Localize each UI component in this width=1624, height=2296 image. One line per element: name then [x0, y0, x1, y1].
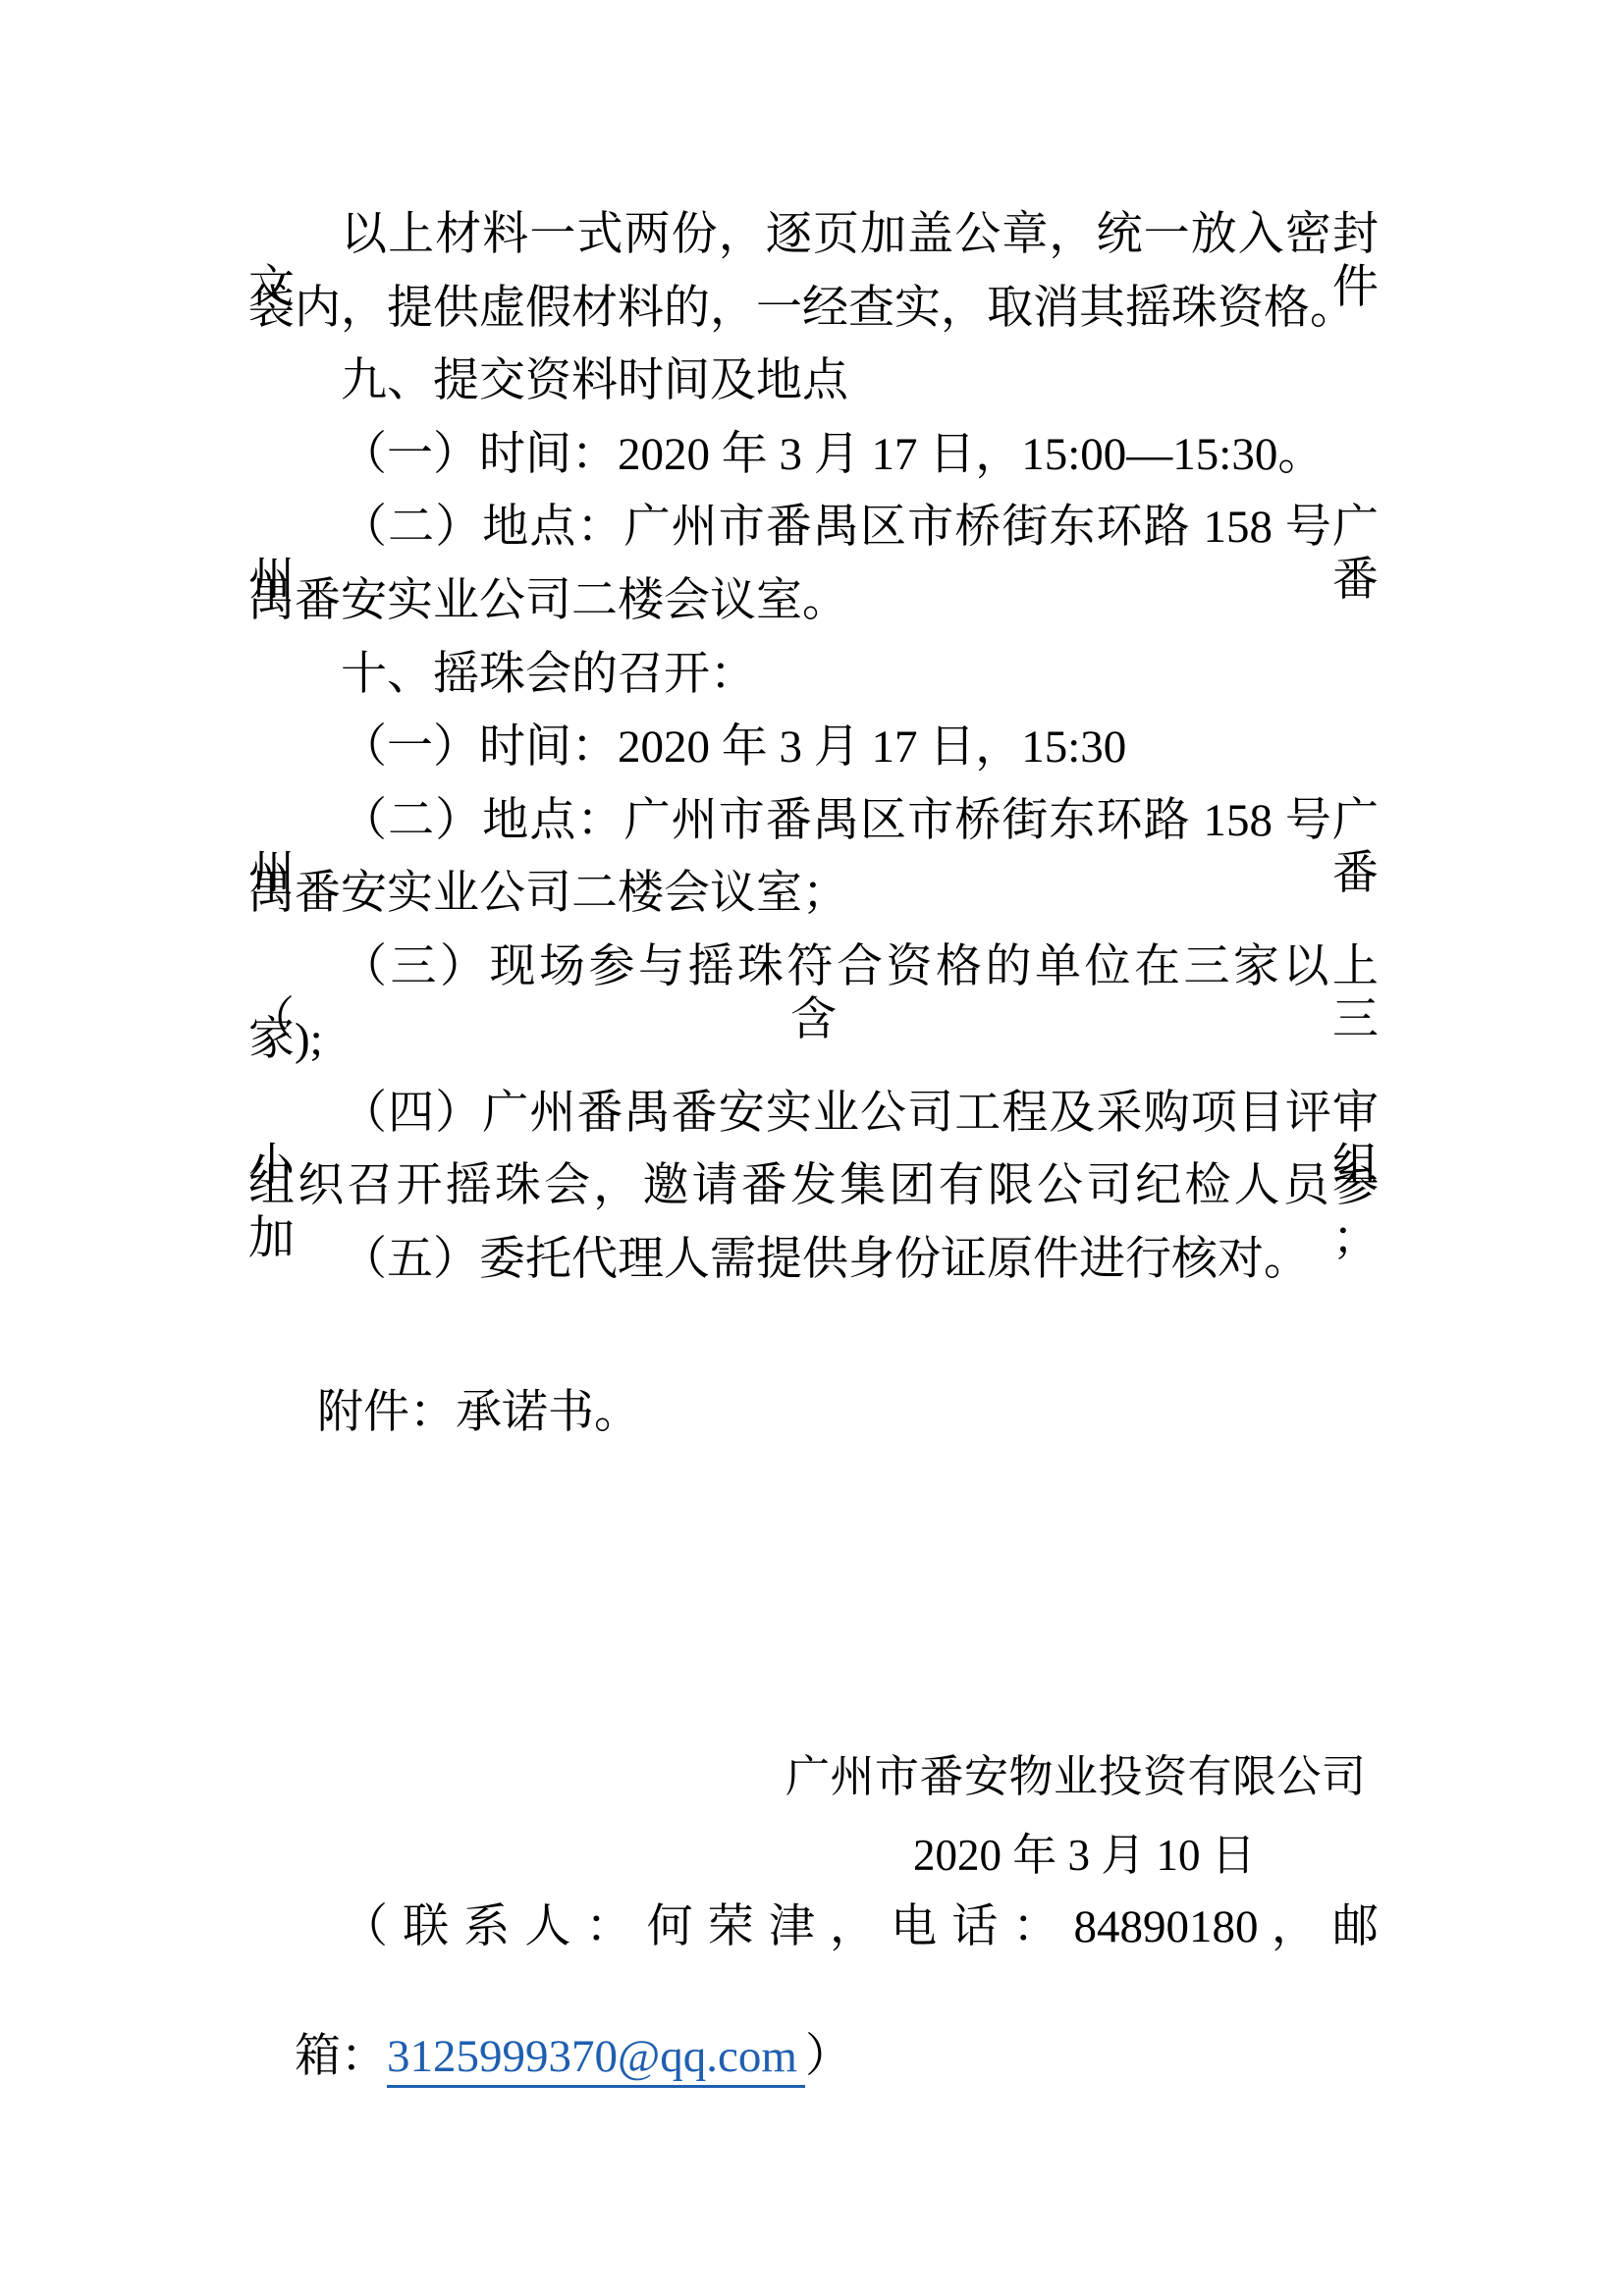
sec9-time-line: （一）时间：2020 年 3 月 17 日，15:00—15:30。 [248, 428, 1379, 485]
contact-email-label: 箱： [295, 2031, 387, 2082]
heading-section-9: 九、提交资料时间及地点 [248, 354, 1379, 411]
sec10-item4-line-2: 组织召开摇珠会，邀请番发集团有限公司纪检人员参加； [248, 1159, 1379, 1216]
sec10-item4-line-1: （四）广州番禺番安实业公司工程及采购项目评审小组 [248, 1087, 1379, 1144]
contact-line-1: （ 联 系 人 ： 何 荣 津 ， 电 话 ： 84890180 ， 邮 [248, 1900, 1379, 1953]
sec10-item3-line-1: （三）现场参与摇珠符合资格的单位在三家以上（含三 [248, 940, 1379, 997]
contact-line-2: 箱：3125999370@qq.com） [248, 1977, 1379, 2136]
sec10-item3-line-2: 家); [248, 1013, 1379, 1070]
para-materials-line-1: 以上材料一式两份，逐页加盖公章，统一放入密封文件 [248, 208, 1379, 265]
contact-close-paren: ） [805, 2031, 851, 2082]
sec10-location-line-2: 禺番安实业公司二楼会议室； [248, 867, 1379, 924]
sec9-location-line-1: （二）地点：广州市番禺区市桥街东环路 158 号广州番 [248, 501, 1379, 558]
signature-date: 2020 年 3 月 10 日 [913, 1830, 1256, 1881]
sec10-location-line-1: （二）地点：广州市番禺区市桥街东环路 158 号广州番 [248, 794, 1379, 851]
sec10-time-line: （一）时间：2020 年 3 月 17 日，15:30 [248, 721, 1379, 777]
heading-section-10: 十、摇珠会的召开： [248, 648, 1379, 705]
signature-company: 广州市番安物业投资有限公司 [785, 1751, 1367, 1802]
sec10-item5-line: （五）委托代理人需提供身份证原件进行核对。 [248, 1233, 1379, 1290]
sec9-location-line-2: 禺番安实业公司二楼会议室。 [248, 574, 1379, 631]
attachment-line: 附件：承诺书。 [248, 1386, 1379, 1443]
email-link[interactable]: 3125999370@qq.com [387, 2031, 805, 2088]
document-page: 以上材料一式两份，逐页加盖公章，统一放入密封文件 袋内，提供虚假材料的，一经查实… [0, 0, 1624, 2296]
para-materials-line-2: 袋内，提供虚假材料的，一经查实，取消其摇珠资格。 [248, 282, 1379, 339]
